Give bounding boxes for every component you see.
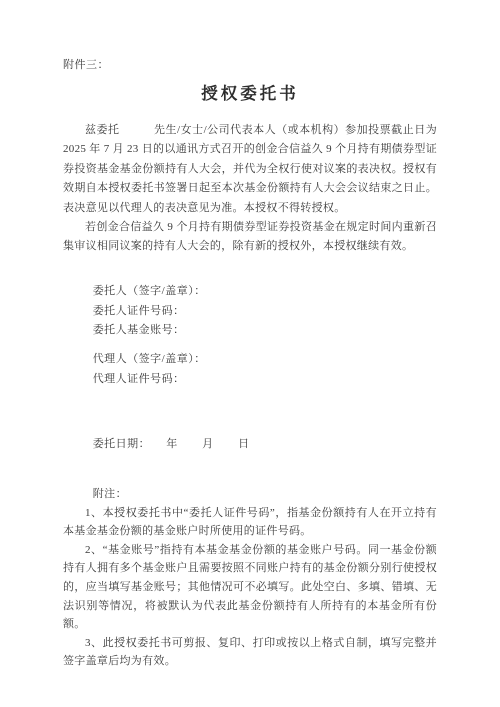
entrust-date-placeholders: 年 月 日	[166, 438, 250, 450]
note-item-2: 2、“基金账号”指持有本基金基金份额的基金账户号码。同一基金份额持有人拥有多个基…	[63, 541, 437, 634]
notes-label: 附注：	[63, 485, 437, 504]
note-item-1: 1、本授权委托书中“委托人证件号码”，指基金份额持有人在开立持有本基金基金份额的…	[63, 504, 437, 541]
agent-signature-line: 代理人（签字/盖章）：	[63, 350, 437, 370]
attachment-label: 附件三：	[63, 56, 437, 75]
document-page: 附件三： 授权委托书 兹委托 先生/女士/公司代表本人（或本机构）参加投票截止日…	[0, 0, 500, 707]
notes-section: 附注： 1、本授权委托书中“委托人证件号码”，指基金份额持有人在开立持有本基金基…	[63, 485, 437, 671]
entrust-date-label: 委托日期：	[93, 438, 151, 450]
agent-signature-block: 代理人（签字/盖章）： 代理人证件号码：	[63, 350, 437, 390]
entrust-date-line: 委托日期：年 月 日	[63, 435, 437, 455]
note-item-3: 3、此授权委托书可剪报、复印、打印或按以上格式自制，填写完整并签字盖章后均为有效…	[63, 634, 437, 671]
agent-id-number-line: 代理人证件号码：	[63, 370, 437, 390]
principal-signature-block: 委托人（签字/盖章）： 委托人证件号码： 委托人基金账号：	[63, 282, 437, 341]
body-paragraph-authorization: 兹委托 先生/女士/公司代表本人（或本机构）参加投票截止日为 2025 年 7 …	[63, 121, 437, 218]
principal-fund-account-line: 委托人基金账号：	[63, 321, 437, 341]
body-paragraph-revalidation: 若创金合信益久 9 个月持有期债券型证券投资基金在规定时间内重新召集审议相同议案…	[63, 218, 437, 257]
document-title: 授权委托书	[63, 83, 437, 105]
principal-id-number-line: 委托人证件号码：	[63, 302, 437, 322]
principal-signature-line: 委托人（签字/盖章）：	[63, 282, 437, 302]
